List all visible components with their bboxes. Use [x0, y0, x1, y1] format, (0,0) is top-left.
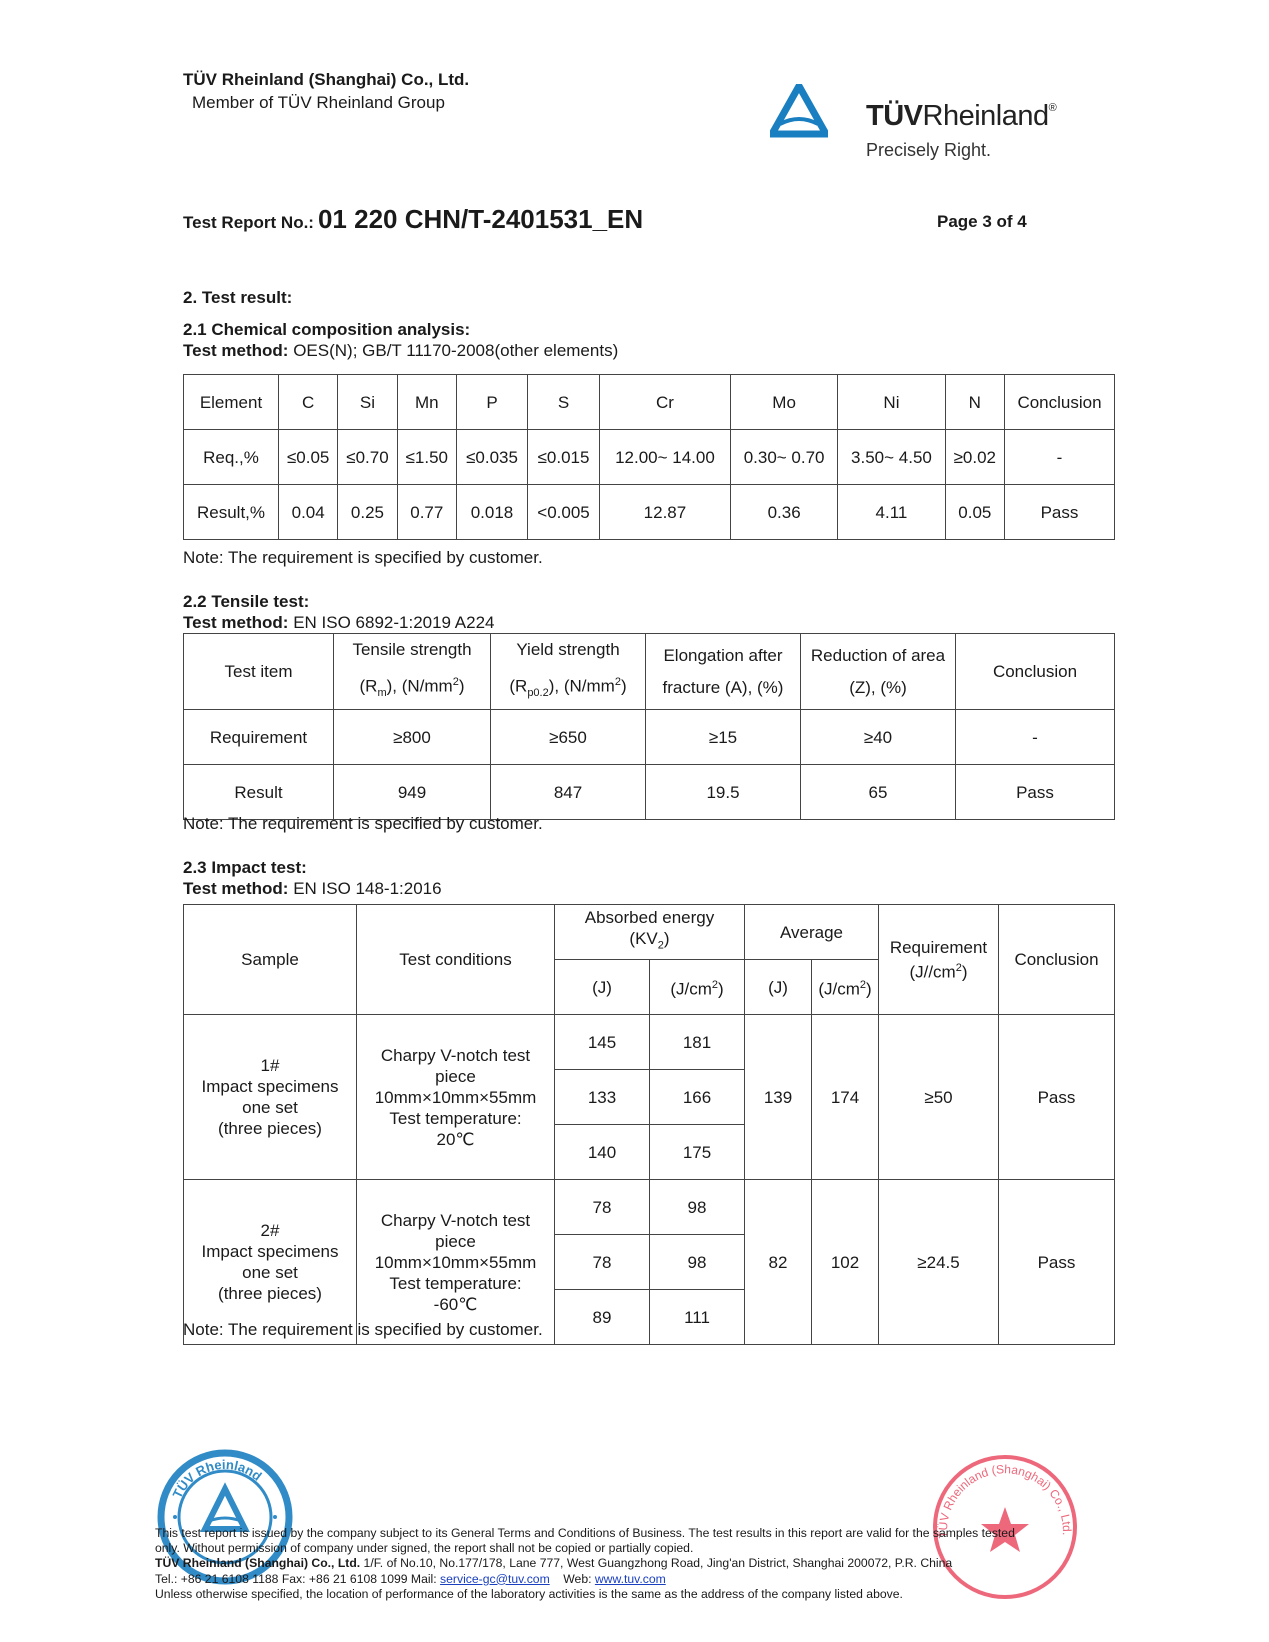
- tensile-test-table: Test item Tensile strength (Rm), (N/mm2)…: [183, 633, 1115, 820]
- table-cell: ≥15: [646, 710, 801, 765]
- row-label-cell: Requirement: [184, 710, 334, 765]
- table-header-cell: Conclusion: [999, 905, 1115, 1015]
- average-jcm-cell: 174: [812, 1015, 879, 1180]
- table-row: Result94984719.565Pass: [184, 765, 1115, 820]
- company-name: TÜV Rheinland (Shanghai) Co., Ltd.: [183, 70, 469, 90]
- table-header-cell: Average: [745, 905, 879, 960]
- table-cell: 0.30~ 0.70: [730, 430, 837, 485]
- table-cell: 0.05: [945, 485, 1004, 540]
- table-cell: Pass: [1005, 485, 1115, 540]
- table-cell: 12.87: [599, 485, 730, 540]
- average-jcm-cell: 102: [812, 1180, 879, 1345]
- table-header-cell: Elongation afterfracture (A), (%): [646, 634, 801, 710]
- table-row: 1#Impact specimens one set(three pieces)…: [184, 1015, 1115, 1070]
- email-link[interactable]: service-gc@tuv.com: [440, 1572, 550, 1586]
- table-header-cell: Element: [184, 375, 279, 430]
- table-cell: Pass: [956, 765, 1115, 820]
- table-header-cell: Conclusion: [956, 634, 1115, 710]
- conclusion-cell: Pass: [999, 1180, 1115, 1345]
- brand-wordmark: TÜVRheinland®: [866, 100, 1056, 133]
- energy-j-cell: 140: [555, 1125, 650, 1180]
- footer-location-line: Unless otherwise specified, the location…: [155, 1587, 1115, 1602]
- section-title-test-result: 2. Test result:: [183, 288, 292, 308]
- table-header-cell: Conclusion: [1005, 375, 1115, 430]
- unit-header-cell: (J/cm2): [812, 960, 879, 1015]
- table-cell: ≥0.02: [945, 430, 1004, 485]
- company-member-line: Member of TÜV Rheinland Group: [192, 93, 445, 113]
- average-j-cell: 82: [745, 1180, 812, 1345]
- table-header-cell: C: [279, 375, 338, 430]
- test-conditions-cell: Charpy V-notch testpiece 10mm×10mm×55mmT…: [357, 1015, 555, 1180]
- energy-jcm-cell: 98: [650, 1235, 745, 1290]
- tensile-test-method: Test method: EN ISO 6892-1:2019 A224: [183, 613, 495, 633]
- table-cell: 0.25: [338, 485, 397, 540]
- report-number: Test Report No.:01 220 CHN/T-2401531_EN: [183, 204, 643, 235]
- table-cell: 12.00~ 14.00: [599, 430, 730, 485]
- impact-note: Note: The requirement is specified by cu…: [183, 1320, 543, 1340]
- table-row: Req.,%≤0.05≤0.70≤1.50≤0.035≤0.01512.00~ …: [184, 430, 1115, 485]
- table-cell: ≤1.50: [397, 430, 456, 485]
- table-cell: 3.50~ 4.50: [838, 430, 945, 485]
- table-cell: 4.11: [838, 485, 945, 540]
- table-header-cell: Mn: [397, 375, 456, 430]
- chemical-note: Note: The requirement is specified by cu…: [183, 548, 543, 568]
- table-cell: 949: [334, 765, 491, 820]
- table-header-cell: Si: [338, 375, 397, 430]
- row-label-cell: Req.,%: [184, 430, 279, 485]
- footer-copy-line: only. Without permission of company unde…: [155, 1541, 1115, 1556]
- row-label-cell: Result,%: [184, 485, 279, 540]
- table-cell: -: [1005, 430, 1115, 485]
- table-header-row: Test item Tensile strength (Rm), (N/mm2)…: [184, 634, 1115, 710]
- table-cell: ≤0.70: [338, 430, 397, 485]
- table-cell: ≤0.05: [279, 430, 338, 485]
- table-cell: 0.018: [456, 485, 527, 540]
- table-cell: 0.36: [730, 485, 837, 540]
- table-row: 2#Impact specimens one set(three pieces)…: [184, 1180, 1115, 1235]
- table-header-cell: Requirement (J//cm2): [879, 905, 999, 1015]
- table-header-cell: Cr: [599, 375, 730, 430]
- table-cell: 0.04: [279, 485, 338, 540]
- table-cell: 19.5: [646, 765, 801, 820]
- table-header-row: Sample Test conditions Absorbed energy (…: [184, 905, 1115, 960]
- table-header-cell: P: [456, 375, 527, 430]
- page-indicator: Page 3 of 4: [937, 212, 1027, 232]
- table-cell: ≤0.035: [456, 430, 527, 485]
- table-header-cell: Yield strength (Rp0.2), (N/mm2): [491, 634, 646, 710]
- table-header-cell: Sample: [184, 905, 357, 1015]
- row-label-cell: Result: [184, 765, 334, 820]
- footer-address-line: TÜV Rheinland (Shanghai) Co., Ltd. 1/F. …: [155, 1556, 1115, 1571]
- sample-cell: 1#Impact specimens one set(three pieces): [184, 1015, 357, 1180]
- energy-jcm-cell: 111: [650, 1290, 745, 1345]
- unit-header-cell: (J/cm2): [650, 960, 745, 1015]
- report-footer: This test report is issued by the compan…: [155, 1526, 1115, 1602]
- table-header-cell: Mo: [730, 375, 837, 430]
- energy-jcm-cell: 98: [650, 1180, 745, 1235]
- table-cell: 847: [491, 765, 646, 820]
- table-header-cell: Test conditions: [357, 905, 555, 1015]
- table-header-cell: Tensile strength (Rm), (N/mm2): [334, 634, 491, 710]
- table-cell: ≥800: [334, 710, 491, 765]
- table-cell: -: [956, 710, 1115, 765]
- table-header-cell: S: [528, 375, 600, 430]
- tensile-note: Note: The requirement is specified by cu…: [183, 814, 543, 834]
- table-header-row: Element C Si Mn P S Cr Mo Ni N Conclusio…: [184, 375, 1115, 430]
- website-link[interactable]: www.tuv.com: [595, 1572, 666, 1586]
- energy-jcm-cell: 166: [650, 1070, 745, 1125]
- requirement-cell: ≥50: [879, 1015, 999, 1180]
- table-cell: ≤0.015: [528, 430, 600, 485]
- impact-test-method: Test method: EN ISO 148-1:2016: [183, 879, 442, 899]
- unit-header-cell: (J): [555, 960, 650, 1015]
- energy-j-cell: 133: [555, 1070, 650, 1125]
- brand-tagline: Precisely Right.: [866, 140, 991, 161]
- table-header-cell: N: [945, 375, 1004, 430]
- impact-test-table: Sample Test conditions Absorbed energy (…: [183, 904, 1115, 1345]
- energy-jcm-cell: 175: [650, 1125, 745, 1180]
- svg-text:TÜV Rheinland: TÜV Rheinland: [169, 1457, 264, 1501]
- chemical-test-method: Test method: OES(N); GB/T 11170-2008(oth…: [183, 341, 618, 361]
- section-title-chemical: 2.1 Chemical composition analysis:: [183, 320, 470, 340]
- footer-terms-line: This test report is issued by the compan…: [155, 1526, 1115, 1541]
- footer-contact-line: Tel.: +86 21 6108 1188 Fax: +86 21 6108 …: [155, 1572, 1115, 1587]
- table-cell: <0.005: [528, 485, 600, 540]
- section-title-tensile: 2.2 Tensile test:: [183, 592, 309, 612]
- energy-j-cell: 78: [555, 1235, 650, 1290]
- table-header-cell: Absorbed energy (KV2): [555, 905, 745, 960]
- table-row: Requirement≥800≥650≥15≥40-: [184, 710, 1115, 765]
- table-row: Result,%0.040.250.770.018<0.00512.870.36…: [184, 485, 1115, 540]
- energy-jcm-cell: 181: [650, 1015, 745, 1070]
- tuv-triangle-logo-icon: [770, 84, 828, 138]
- energy-j-cell: 145: [555, 1015, 650, 1070]
- table-cell: 0.77: [397, 485, 456, 540]
- table-header-cell: Ni: [838, 375, 945, 430]
- table-cell: 65: [801, 765, 956, 820]
- energy-j-cell: 78: [555, 1180, 650, 1235]
- table-header-cell: Test item: [184, 634, 334, 710]
- table-cell: ≥650: [491, 710, 646, 765]
- energy-j-cell: 89: [555, 1290, 650, 1345]
- requirement-cell: ≥24.5: [879, 1180, 999, 1345]
- chemical-composition-table: Element C Si Mn P S Cr Mo Ni N Conclusio…: [183, 374, 1115, 540]
- section-title-impact: 2.3 Impact test:: [183, 858, 307, 878]
- unit-header-cell: (J): [745, 960, 812, 1015]
- average-j-cell: 139: [745, 1015, 812, 1180]
- table-cell: ≥40: [801, 710, 956, 765]
- conclusion-cell: Pass: [999, 1015, 1115, 1180]
- table-header-cell: Reduction of area(Z), (%): [801, 634, 956, 710]
